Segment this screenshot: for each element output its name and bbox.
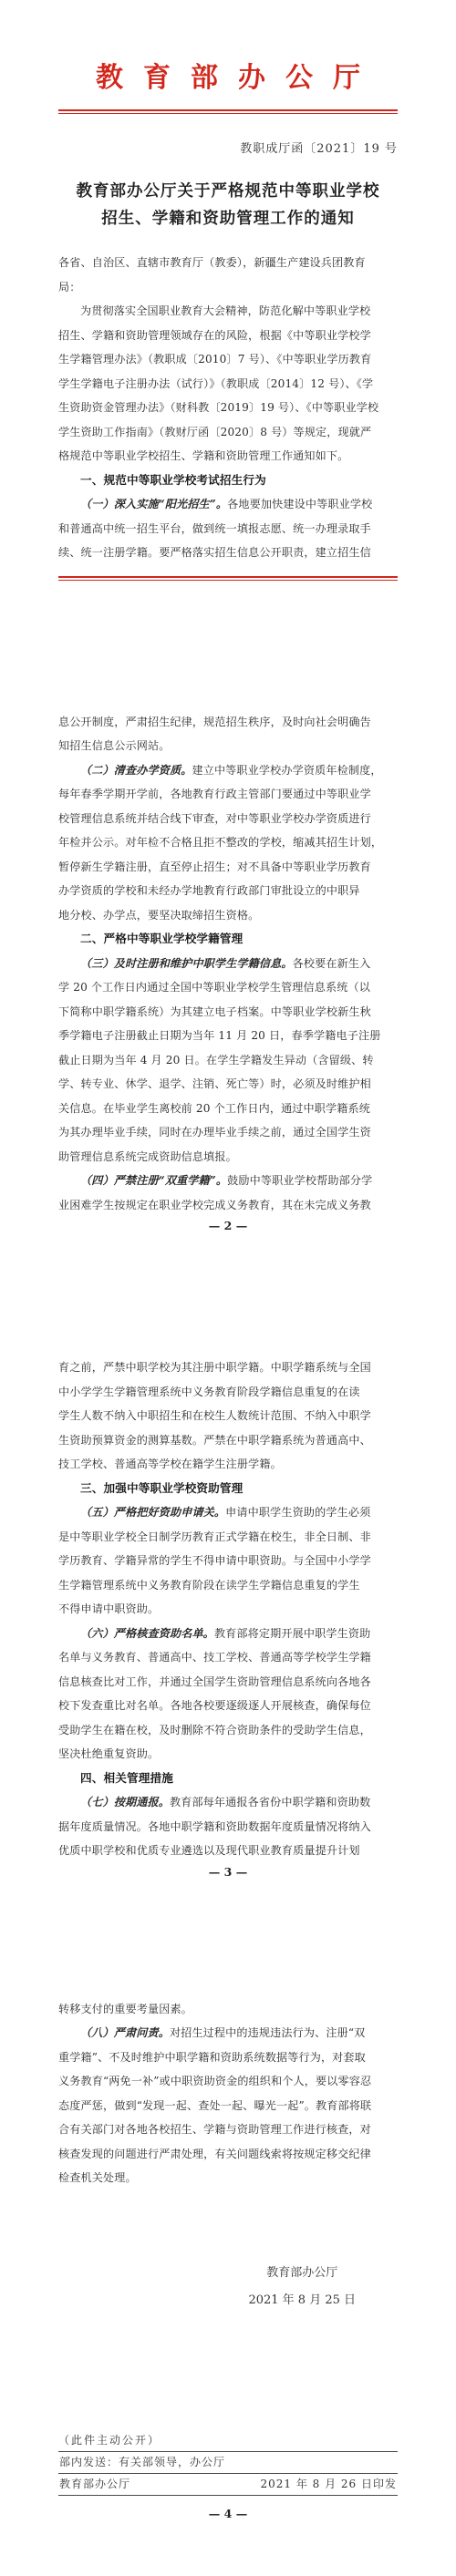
text-line: 转移支付的重要考量因素。 (58, 1997, 398, 2022)
text-line: 续、统一注册学籍。要严格落实招生信息公开职责，建立招生信 (58, 541, 398, 565)
doc-title-line-2: 招生、学籍和资助管理工作的通知 (58, 205, 398, 232)
text-line: 为贯彻落实全国职业教育大会精神，防范化解中等职业学校 (58, 299, 398, 324)
text-line: 年检并公示。对年检不合格且拒不整改的学校，缩减其招生计划， (58, 830, 398, 855)
text-line: 学 20 个工作日内通过全国中等职业学校学生管理信息系统（以 (58, 975, 398, 1000)
text-line: 助管理信息系统完成资助信息填报。 (58, 1145, 398, 1170)
text-line: 校下发查重比对名单。各地各校要逐级逐人开展核查，确保每位 (58, 1694, 398, 1718)
text-line: 暂停新生学籍注册，直至停止招生；对不具备中等职业学历教育 (58, 855, 398, 880)
text-line: （七）按期通报。教育部每年通报各省份中职学籍和资助数 (58, 1790, 398, 1815)
text-line: 坚决杜绝重复资助。 (58, 1742, 398, 1767)
text-line: 学历教育、学籍异常的学生不得申请中职资助。与全国中小学学 (58, 1549, 398, 1573)
signature-date: 2021 年 8 月 25 日 (248, 2287, 356, 2314)
footer-divider-3 (58, 2495, 398, 2496)
text-line: 四、相关管理措施 (58, 1767, 398, 1791)
text-line: 态度严惩，做到“发现一起、查处一起、曝光一起”。教育部将联 (58, 2094, 398, 2118)
text-line: 关信息。在毕业学生离校前 20 个工作日内，通过中职学籍系统 (58, 1097, 398, 1121)
text-line: 招生、学籍和资助管理领域存在的风险，根据《中等职业学校学 (58, 324, 398, 348)
page-4-number: — 4 — (58, 2505, 398, 2523)
page-3-body: 育之前，严禁中职学校为其注册中职学籍。中职学籍系统与全国中小学学生学籍管理系统中… (58, 1355, 398, 1863)
page-1-body: 各省、自治区、直辖市教育厅（教委），新疆生产建设兵团教育局：为贯彻落实全国职业教… (58, 251, 398, 565)
paragraph-lead-emphasis: （六）严格核查资助名单。 (80, 1627, 214, 1640)
text-line: 名单与义务教育、普通高中、技工学校、普通高等学校学生学籍 (58, 1645, 398, 1670)
page-2-number: — 2 — (58, 1217, 398, 1235)
text-line: 不得申请中职资助。 (58, 1597, 398, 1622)
text-line: 和普通高中统一招生平台，做到统一填报志愿、统一办理录取手 (58, 517, 398, 541)
footer-disclosure-note: （此件主动公开） (58, 2429, 398, 2451)
text-line: 地分校、办学点，要坚决取缔招生资格。 (58, 903, 398, 928)
page-4-body: 转移支付的重要考量因素。（八）严肃问责。对招生过程中的违规违法行为、注册“双重学… (58, 1997, 398, 2190)
red-separator-line-top (58, 109, 398, 114)
text-line: （八）严肃问责。对招生过程中的违规违法行为、注册“双 (58, 2021, 398, 2045)
footer-block: （此件主动公开） 部内发送：有关部领导，办公厅 教育部办公厅 2021 年 8 … (58, 2429, 398, 2496)
page-3-number: — 3 — (58, 1863, 398, 1881)
red-separator-line-page1-bottom (58, 576, 398, 581)
paragraph-text: 申请中职学生资助的学生必须 (225, 1506, 370, 1519)
paragraph-text: 建立中等职业学校办学资质年检制度， (192, 764, 381, 777)
text-line: 信息核查比对工作，并通过全国学生资助管理信息系统向各地各 (58, 1670, 398, 1695)
text-line: 各省、自治区、直辖市教育厅（教委），新疆生产建设兵团教育 (58, 251, 398, 275)
text-line: 一、规范中等职业学校考试招生行为 (58, 469, 398, 493)
signature-block: 教育部办公厅 2021 年 8 月 25 日 (248, 2260, 356, 2314)
footer-issuer-row: 教育部办公厅 2021 年 8 月 26 日印发 (58, 2474, 398, 2495)
text-line: （四）严禁注册“双重学籍”。鼓励中等职业学校帮助部分学 (58, 1169, 398, 1193)
text-line: 生资助资金管理办法》（财科教〔2019〕19 号）、《中等职业学校 (58, 396, 398, 420)
footer-distribution: 部内发送：有关部领导，办公厅 (59, 2452, 225, 2473)
doc-title-line-1: 教育部办公厅关于严格规范中等职业学校 (58, 178, 398, 205)
page-2-body: 息公开制度，严肃招生纪律，规范招生秩序，及时向社会明确告知招生信息公示网站。（二… (58, 710, 398, 1218)
text-line: 据年度质量情况。各地中职学籍和资助数据年度质量情况将纳入 (58, 1815, 398, 1839)
text-line: 二、严格中等职业学校学籍管理 (58, 927, 398, 952)
text-line: 三、加强中等职业学校资助管理 (58, 1477, 398, 1501)
text-line: （三）及时注册和维护中职学生学籍信息。各校要在新生入 (58, 952, 398, 976)
text-line: 生学籍管理办法》（教职成〔2010〕7 号）、《中等职业学历教育 (58, 347, 398, 372)
text-line: 检查机关处理。 (58, 2166, 398, 2190)
text-line: 学生学籍电子注册办法（试行）》（教职成〔2014〕12 号）、《学 (58, 372, 398, 397)
paragraph-lead-emphasis: （八）严肃问责。 (80, 2026, 170, 2039)
paragraph-lead-emphasis: （三）及时注册和维护中职学生学籍信息。 (80, 957, 293, 970)
footer-print-date: 2021 年 8 月 26 日印发 (260, 2474, 397, 2495)
text-line: 育之前，严禁中职学校为其注册中职学籍。中职学籍系统与全国 (58, 1355, 398, 1380)
text-line: 学生人数不纳入中职招生和在校生人数统计范围、不纳入中职学 (58, 1404, 398, 1428)
text-line: 重学籍”、不及时维护中职学籍和资助系统数据等行为，对套取 (58, 2045, 398, 2070)
doc-number: 教职成厅函〔2021〕19 号 (58, 141, 398, 158)
text-line: （六）严格核查资助名单。教育部将定期开展中职学生资助 (58, 1622, 398, 1646)
text-line: 优质中职学校和优质专业遴选以及现代职业教育质量提升计划 (58, 1839, 398, 1863)
text-line: 息公开制度，严肃招生纪律，规范招生秩序，及时向社会明确告 (58, 710, 398, 735)
text-line: 校管理信息系统并结合线下审查，对中等职业学校办学资质进行 (58, 807, 398, 831)
text-line: 生资助预算资金的测算基数。严禁在中职学籍系统为普通高中、 (58, 1428, 398, 1453)
paragraph-lead-emphasis: （四）严禁注册“双重学籍”。 (80, 1174, 227, 1187)
doc-title: 教育部办公厅关于严格规范中等职业学校 招生、学籍和资助管理工作的通知 (58, 178, 398, 232)
paragraph-text: 各校要在新生入 (293, 957, 371, 970)
footer-issuer: 教育部办公厅 (59, 2474, 130, 2495)
text-line: 知招生信息公示网站。 (58, 734, 398, 758)
text-line: 格规范中等职业学校招生、学籍和资助管理工作通知如下。 (58, 444, 398, 469)
paragraph-lead-emphasis: （一）深入实施“阳光招生”。 (80, 498, 227, 510)
paragraph-text: 教育部每年通报各省份中职学籍和资助数 (170, 1796, 370, 1808)
text-line: 核查发现的问题进行严肃处理，有关问题线索将按规定移交纪律 (58, 2142, 398, 2167)
text-line: 每年春季学期开学前，各地教育行政主管部门要通过中等职业学 (58, 782, 398, 807)
paragraph-lead-emphasis: （七）按期通报。 (80, 1796, 170, 1808)
text-line: 是中等职业学校全日制学历教育正式学籍在校生，非全日制、非 (58, 1525, 398, 1550)
letterhead-agency-title: 教育部办公厅 (58, 0, 398, 97)
footer-distribution-row: 部内发送：有关部领导，办公厅 (58, 2452, 398, 2473)
document: 教育部办公厅 教职成厅函〔2021〕19 号 教育部办公厅关于严格规范中等职业学… (0, 0, 456, 2576)
text-line: 截止日期为当年 4 月 20 日。在学生学籍发生异动（含留级、转 (58, 1048, 398, 1073)
text-line: 义务教育“两免一补”或中职资助资金的组织和个人，要以零容忍 (58, 2069, 398, 2094)
signature-org: 教育部办公厅 (248, 2260, 356, 2287)
paragraph-text: 鼓励中等职业学校帮助部分学 (227, 1174, 372, 1187)
paragraph-lead-emphasis: （五）严格把好资助申请关。 (80, 1506, 225, 1519)
text-line: 受助学生在籍在校，及时删除不符合资助条件的受助学生信息， (58, 1718, 398, 1743)
text-line: （二）清查办学资质。建立中等职业学校办学资质年检制度， (58, 758, 398, 783)
text-line: 办学资质的学校和未经办学地教育行政部门审批设立的中职异 (58, 879, 398, 903)
text-line: 生学籍管理系统中义务教育阶段在读学生学籍信息重复的学生 (58, 1573, 398, 1598)
text-line: 学生资助工作指南》（教财厅函〔2020〕8 号）等规定，现就严 (58, 420, 398, 445)
text-line: 学、转专业、休学、退学、注销、死亡等）时，必须及时维护相 (58, 1072, 398, 1097)
text-line: 季学籍电子注册截止日期为当年 11 月 20 日，春季学籍电子注册 (58, 1024, 398, 1048)
text-line: 为其办理毕业手续，同时在办理毕业手续之前，通过全国学生资 (58, 1120, 398, 1145)
paragraph-lead-emphasis: （二）清查办学资质。 (80, 764, 192, 777)
text-line: 中小学学生学籍管理系统中义务教育阶段学籍信息重复的在读 (58, 1380, 398, 1405)
text-line: 合有关部门对各地各校招生、学籍与资助管理工作进行核查，对 (58, 2117, 398, 2142)
paragraph-text: 教育部将定期开展中职学生资助 (214, 1627, 370, 1640)
paragraph-text: 对招生过程中的违规违法行为、注册“双 (170, 2026, 365, 2039)
paragraph-text: 各地要加快建设中等职业学校 (227, 498, 372, 510)
text-line: 业困难学生按规定在职业学校完成义务教育，其在未完成义务教 (58, 1193, 398, 1218)
text-line: （五）严格把好资助申请关。申请中职学生资助的学生必须 (58, 1500, 398, 1525)
text-line: 下简称中职学籍系统）为其建立电子档案。中等职业学校新生秋 (58, 1000, 398, 1025)
text-line: 局： (58, 275, 398, 300)
text-line: （一）深入实施“阳光招生”。各地要加快建设中等职业学校 (58, 492, 398, 517)
text-line: 技工学校、普通高等学校在籍学生注册学籍。 (58, 1452, 398, 1477)
